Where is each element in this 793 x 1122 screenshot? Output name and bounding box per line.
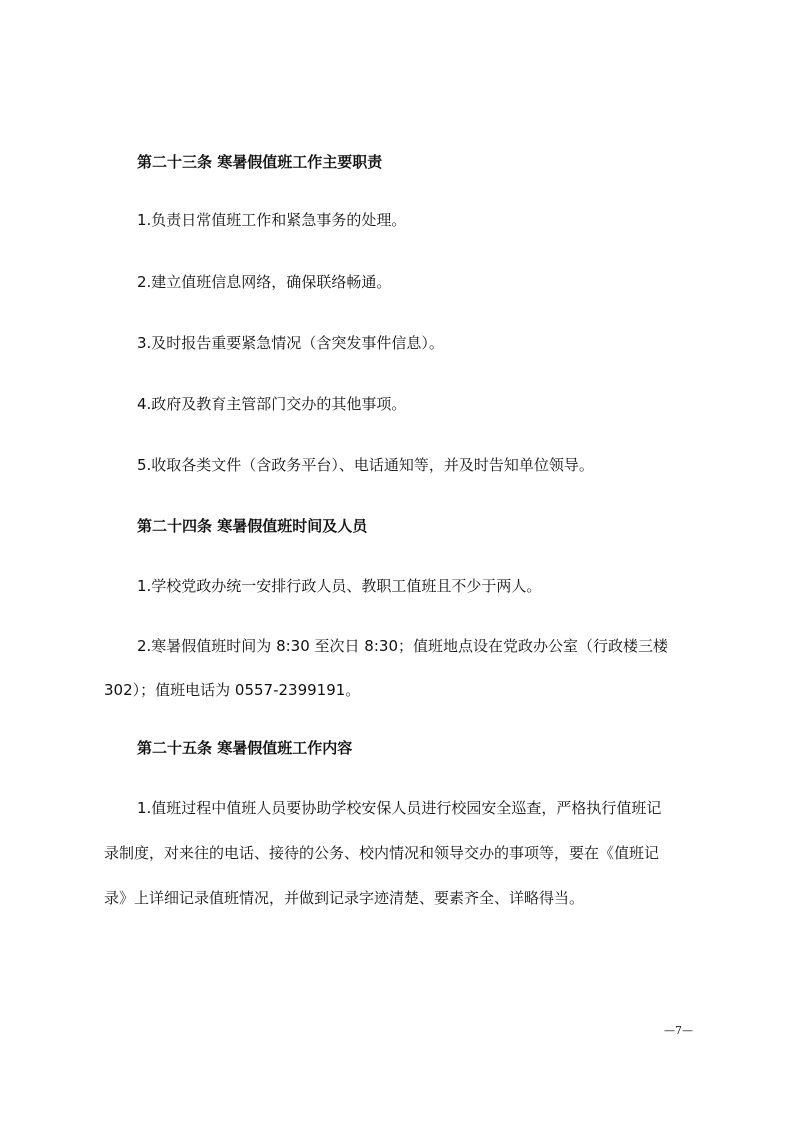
section-heading-25: 第二十五条 寒暑假值班工作内容: [137, 738, 352, 758]
paragraph: 1.值班过程中值班人员要协助学校安保人员进行校园安全巡查，严格执行值班记: [137, 798, 661, 818]
paragraph: 1.负责日常值班工作和紧急事务的处理。: [137, 210, 406, 230]
section-heading-24: 第二十四条 寒暑假值班时间及人员: [137, 516, 367, 536]
section-heading-23: 第二十三条 寒暑假值班工作主要职责: [137, 152, 382, 172]
page-number: —7—: [664, 1024, 693, 1037]
paragraph: 录》上详细记录值班情况，并做到记录字迹清楚、要素齐全、详略得当。: [104, 888, 584, 908]
paragraph: 3.及时报告重要紧急情况（含突发事件信息）。: [137, 333, 444, 353]
paragraph: 2.寒暑假值班时间为 8:30 至次日 8:30；值班地点设在党政办公室（行政楼…: [137, 636, 668, 656]
paragraph: 4.政府及教育主管部门交办的其他事项。: [137, 394, 406, 414]
paragraph: 1.学校党政办统一安排行政人员、教职工值班且不少于两人。: [137, 576, 541, 596]
paragraph: 5.收取各类文件（含政务平台）、电话通知等，并及时告知单位领导。: [137, 455, 594, 475]
paragraph: 录制度，对来往的电话、接待的公务、校内情况和领导交办的事项等，要在《值班记: [104, 843, 659, 863]
paragraph: 302）；值班电话为 0557-2399191。: [104, 680, 360, 700]
paragraph: 2.建立值班信息网络，确保联络畅通。: [137, 272, 391, 292]
